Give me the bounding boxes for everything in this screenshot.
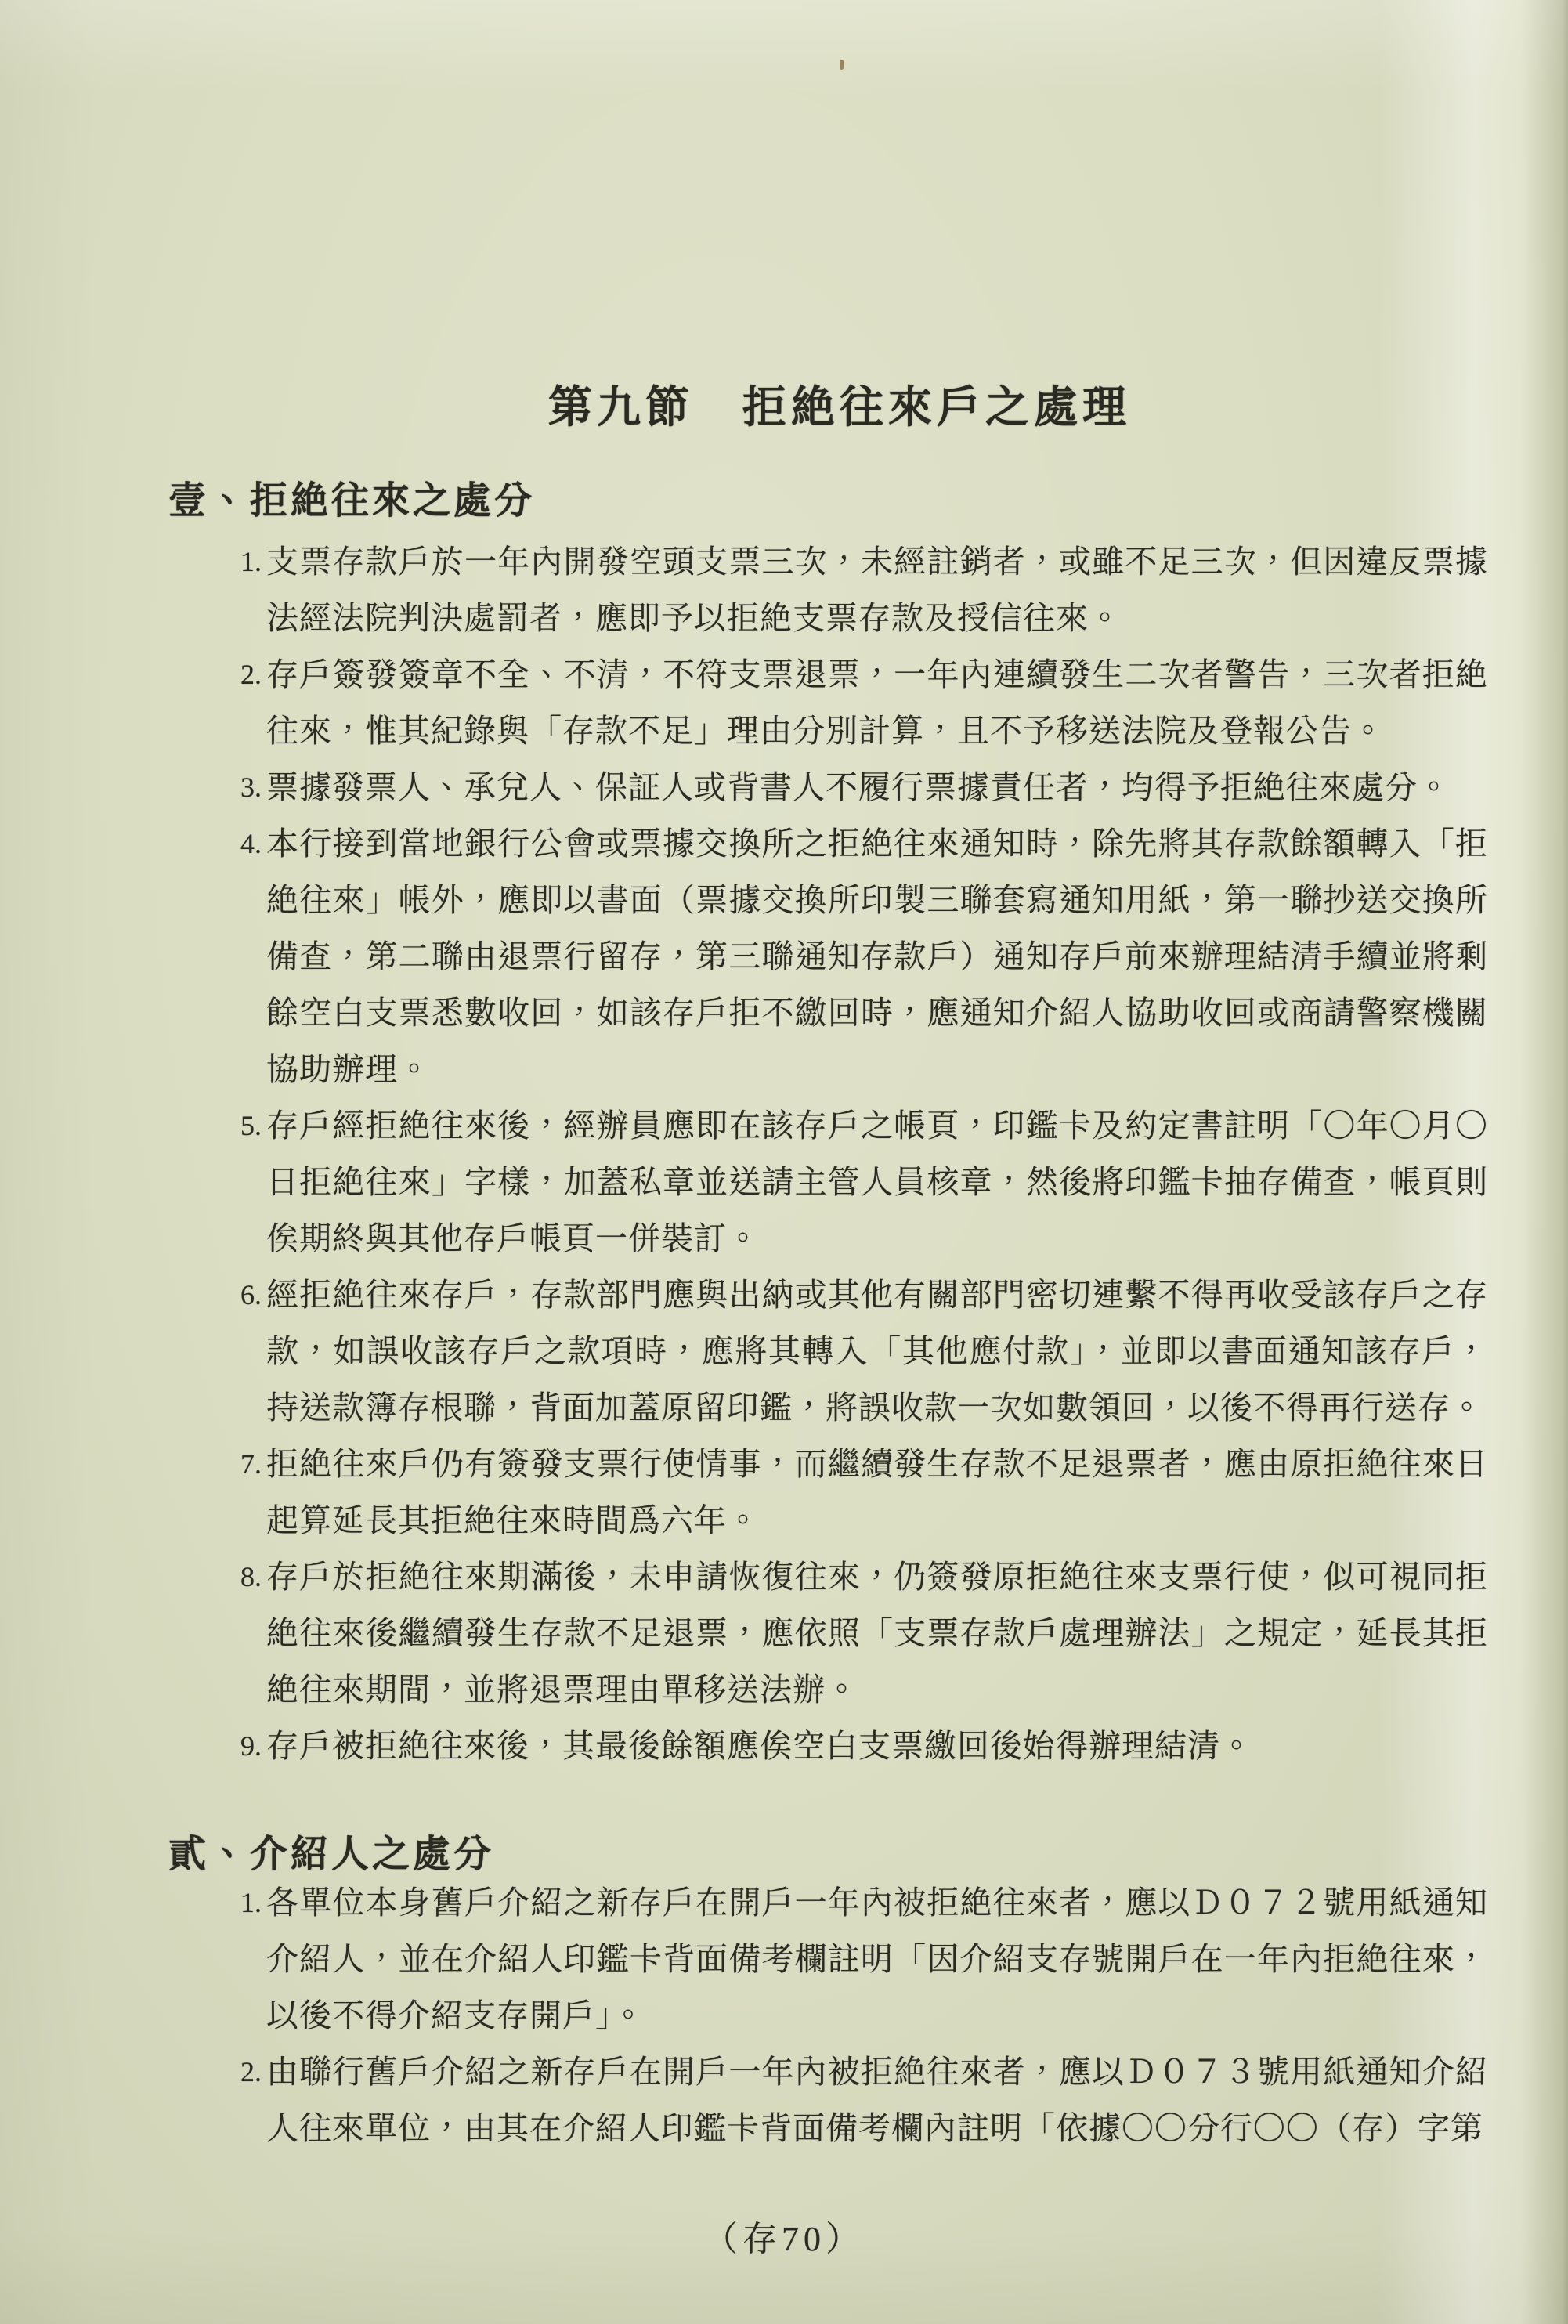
item-number: 5. xyxy=(224,1097,262,1154)
item-text: 由聯行舊戶介紹之新存戶在開戶一年內被拒絶往來者，應以Ｄ０７３號用紙通知介紹人往來… xyxy=(266,2054,1488,2146)
list-item-1: 1. 各單位本身舊戶介紹之新存戶在開戶一年內被拒絶往來者，應以Ｄ０７２號用紙通知… xyxy=(266,1874,1488,2044)
list-item-8: 8. 存戶於拒絶往來期滿後，未申請恢復往來，仍簽發原拒絶往來支票行使，似可視同拒… xyxy=(266,1549,1488,1718)
list-item-3: 3. 票據發票人、承兌人、保証人或背書人不履行票據責任者，均得予拒絶往來處分。 xyxy=(266,759,1488,815)
list-item-7: 7. 拒絶往來戶仍有簽發支票行使情事，而繼續發生存款不足退票者，應由原拒絶往來日… xyxy=(266,1436,1488,1549)
section-1-item-list: 1. 支票存款戶於一年內開發空頭支票三次，未經註銷者，或雖不足三次，但因違反票據… xyxy=(266,533,1488,1774)
list-item-6: 6. 經拒絶往來存戶，存款部門應與出納或其他有關部門密切連繫不得再收受該存戶之存… xyxy=(266,1267,1488,1436)
item-number: 2. xyxy=(224,2044,262,2100)
item-text: 存戶經拒絶往來後，經辦員應即在該存戶之帳頁，印鑑卡及約定書註明「〇年〇月〇日拒絶… xyxy=(266,1108,1488,1256)
section-2-heading: 貳、介紹人之處分 xyxy=(168,1831,494,1878)
item-number: 8. xyxy=(224,1549,262,1605)
item-text: 拒絶往來戶仍有簽發支票行使情事，而繼續發生存款不足退票者，應由原拒絶往來日起算延… xyxy=(266,1446,1488,1538)
list-item-1: 1. 支票存款戶於一年內開發空頭支票三次，未經註銷者，或雖不足三次，但因違反票據… xyxy=(266,533,1488,646)
list-item-5: 5. 存戶經拒絶往來後，經辦員應即在該存戶之帳頁，印鑑卡及約定書註明「〇年〇月〇… xyxy=(266,1097,1488,1267)
item-text: 存戶於拒絶往來期滿後，未申請恢復往來，仍簽發原拒絶往來支票行使，似可視同拒絶往來… xyxy=(266,1559,1488,1708)
item-text: 存戶簽發簽章不全、不清，不符支票退票，一年內連續發生二次者警告，三次者拒絶往來，… xyxy=(266,656,1488,749)
item-number: 1. xyxy=(224,533,262,590)
item-number: 2. xyxy=(224,646,262,703)
item-number: 4. xyxy=(224,815,262,872)
item-text: 存戶被拒絶往來後，其最後餘額應俟空白支票繳回後始得辦理結清。 xyxy=(266,1728,1253,1764)
item-number: 1. xyxy=(224,1874,262,1931)
list-item-2: 2. 由聯行舊戶介紹之新存戶在開戶一年內被拒絶往來者，應以Ｄ０７３號用紙通知介紹… xyxy=(266,2044,1488,2156)
page-number: （存70） xyxy=(0,2217,1568,2262)
page-title: 第九節 拒絶往來戶之處理 xyxy=(548,381,1131,436)
item-text: 經拒絶往來存戶，存款部門應與出納或其他有關部門密切連繫不得再收受該存戶之存款，如… xyxy=(266,1277,1488,1426)
item-number: 9. xyxy=(224,1718,262,1774)
list-item-4: 4. 本行接到當地銀行公會或票據交換所之拒絶往來通知時，除先將其存款餘額轉入「拒… xyxy=(266,815,1488,1097)
section-1-heading: 壹、拒絶往來之處分 xyxy=(168,478,535,525)
paper-speck xyxy=(840,60,844,70)
section-2-item-list: 1. 各單位本身舊戶介紹之新存戶在開戶一年內被拒絶往來者，應以Ｄ０７２號用紙通知… xyxy=(266,1874,1488,2156)
item-text: 本行接到當地銀行公會或票據交換所之拒絶往來通知時，除先將其存款餘額轉入「拒絶往來… xyxy=(266,826,1488,1087)
item-number: 7. xyxy=(224,1436,262,1492)
item-text: 支票存款戶於一年內開發空頭支票三次，未經註銷者，或雖不足三次，但因違反票據法經法… xyxy=(266,544,1488,636)
list-item-9: 9. 存戶被拒絶往來後，其最後餘額應俟空白支票繳回後始得辦理結清。 xyxy=(266,1718,1488,1774)
item-number: 3. xyxy=(224,759,262,815)
scanned-document-page: { "page": { "title": "第九節 拒絶往來戶之處理", "fo… xyxy=(0,0,1568,2324)
list-item-2: 2. 存戶簽發簽章不全、不清，不符支票退票，一年內連續發生二次者警告，三次者拒絶… xyxy=(266,646,1488,759)
item-text: 票據發票人、承兌人、保証人或背書人不履行票據責任者，均得予拒絶往來處分。 xyxy=(266,769,1451,805)
item-text: 各單位本身舊戶介紹之新存戶在開戶一年內被拒絶往來者，應以Ｄ０７２號用紙通知介紹人… xyxy=(266,1885,1488,2033)
item-number: 6. xyxy=(224,1267,262,1323)
